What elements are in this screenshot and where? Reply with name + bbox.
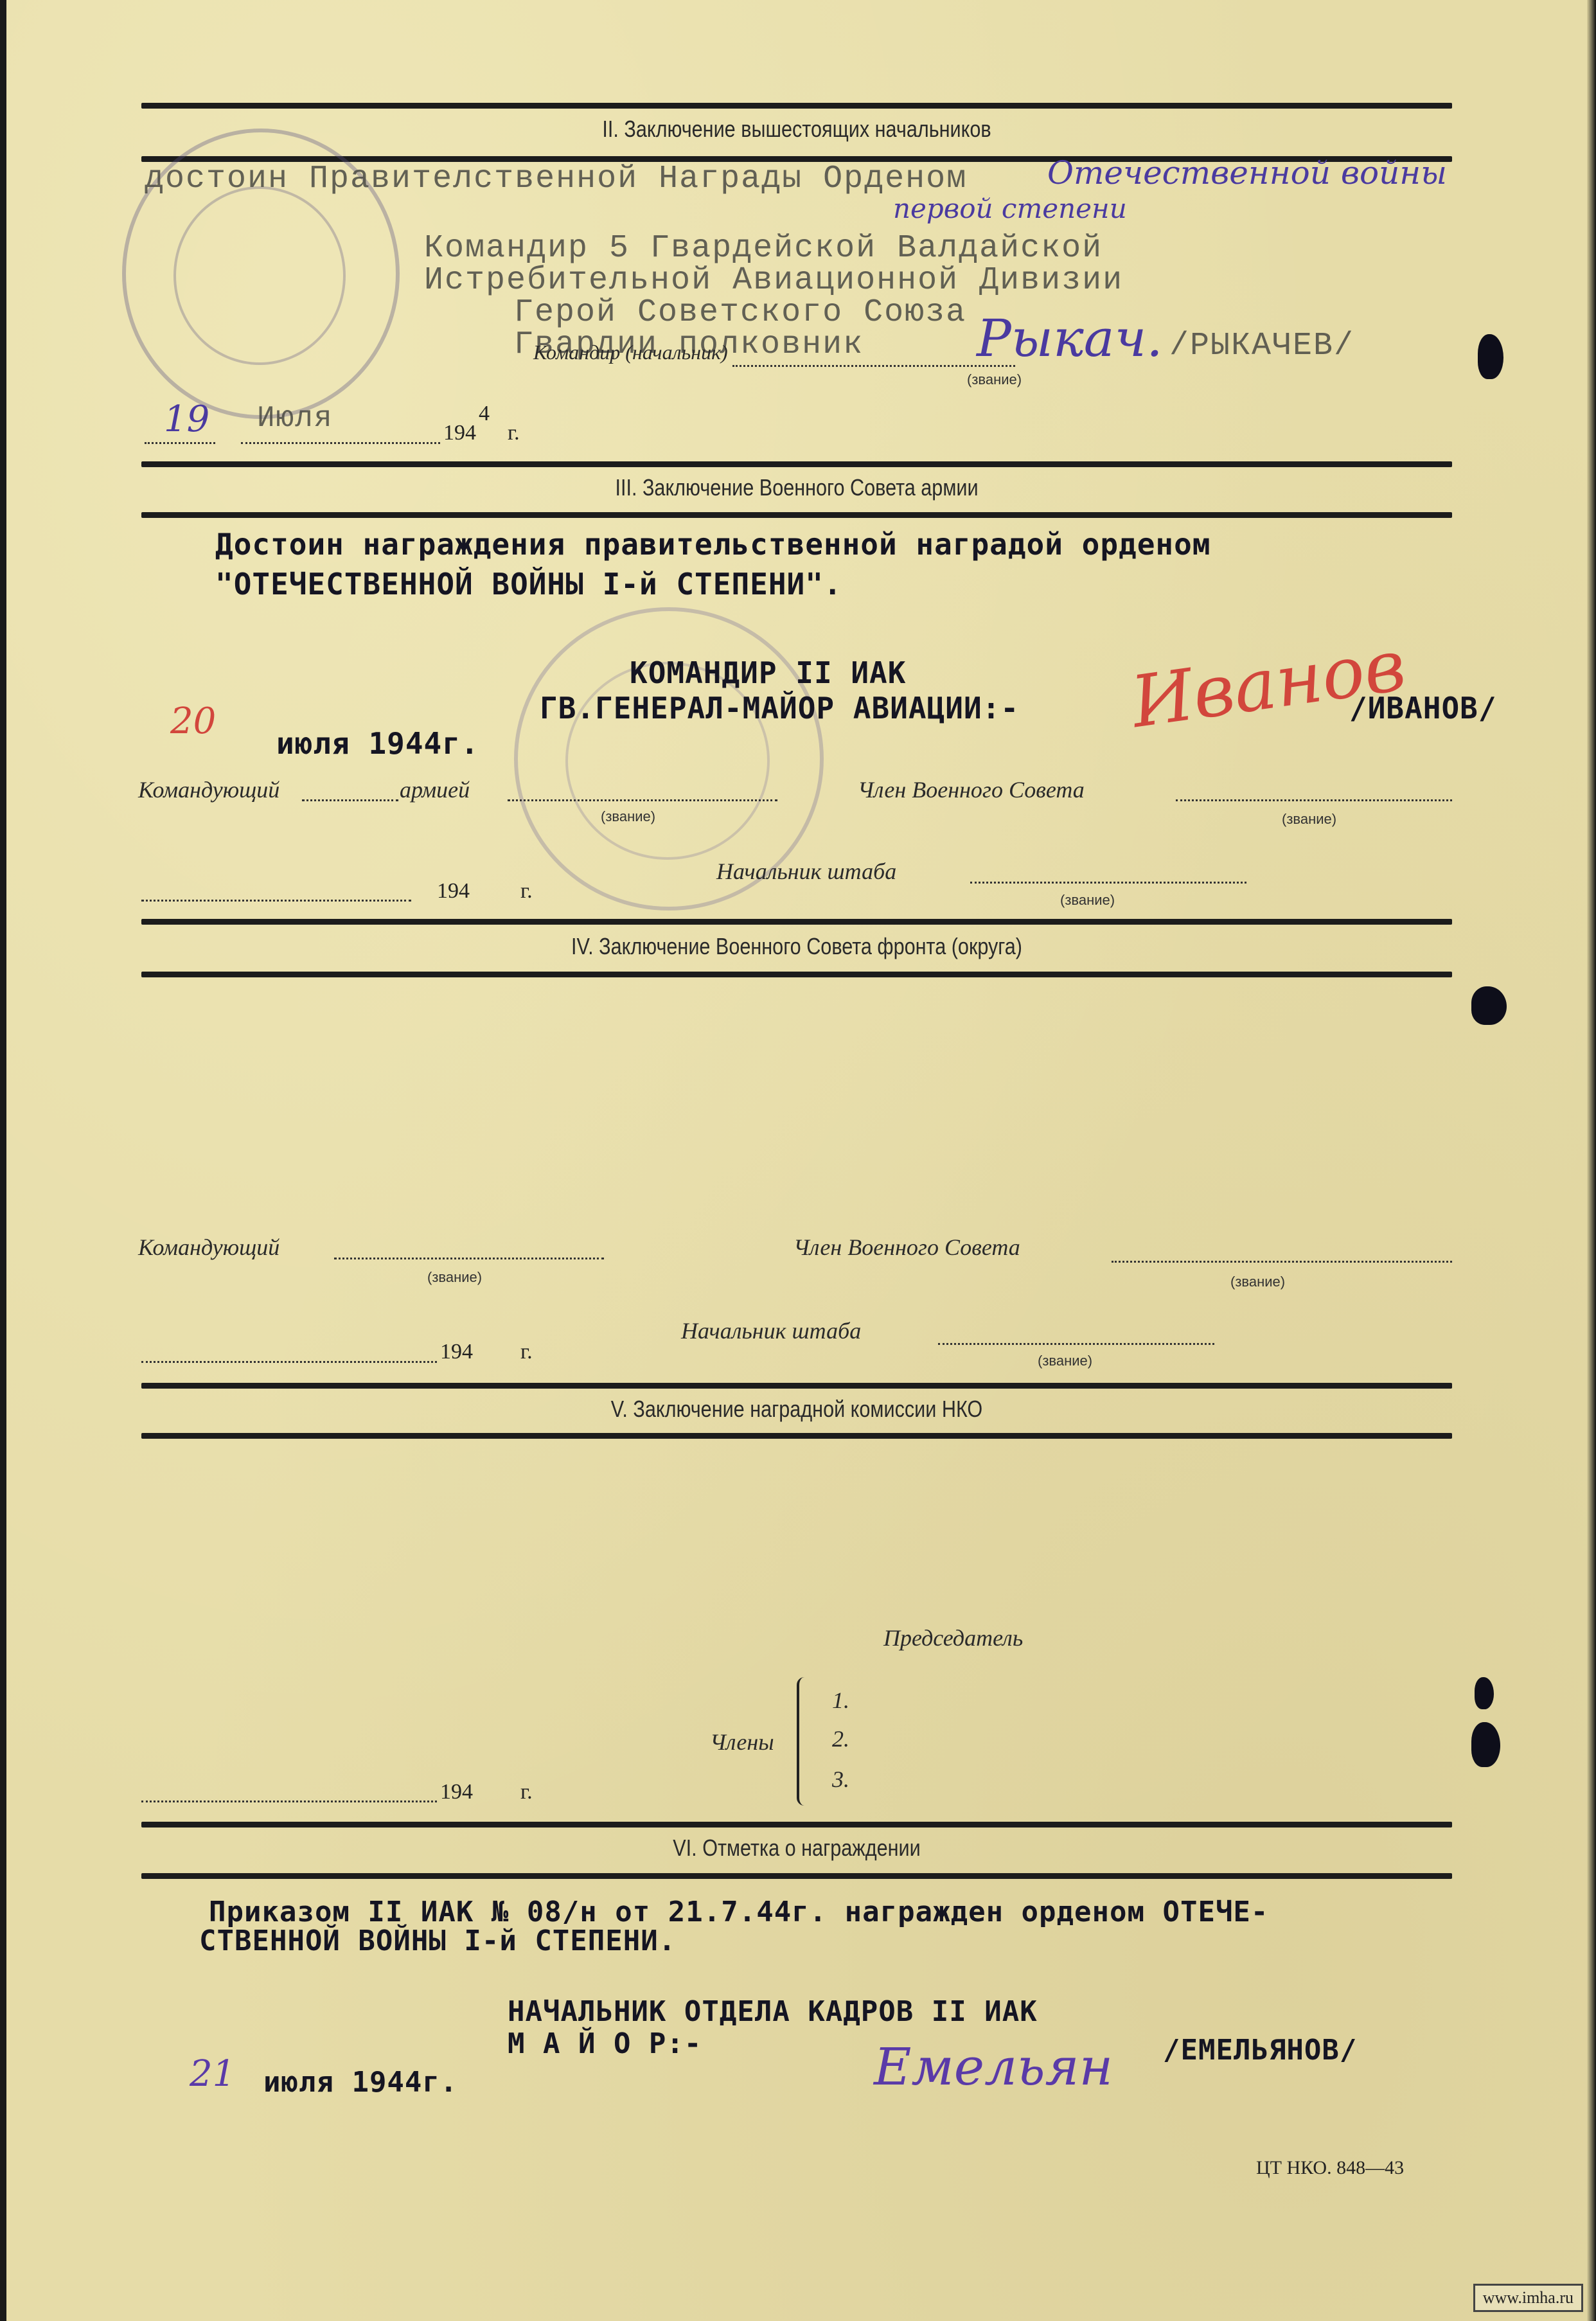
rank-line xyxy=(302,799,398,801)
section-rule xyxy=(141,1383,1452,1389)
blank-date-line xyxy=(141,900,411,902)
army-commander-label: Командующий xyxy=(138,776,279,803)
army-label: армией xyxy=(400,776,470,803)
section-rule xyxy=(141,919,1452,925)
blank-date-unit: г. xyxy=(520,1780,533,1804)
round-seal-emblem xyxy=(173,186,346,365)
punch-hole xyxy=(1475,1677,1494,1709)
blank-date-unit: г. xyxy=(520,1340,533,1364)
chief-of-staff-line xyxy=(970,882,1246,884)
date-month: Июля xyxy=(257,402,333,435)
rank-line xyxy=(334,1258,604,1259)
rank-label: (звание) xyxy=(427,1269,482,1286)
punch-hole xyxy=(1471,986,1507,1025)
blank-date-line xyxy=(141,1801,437,1802)
date-day: 20 xyxy=(170,700,216,742)
punch-hole xyxy=(1478,334,1503,379)
section-rule xyxy=(141,103,1452,109)
signer-name: /ИВАНОВ/ xyxy=(1349,691,1497,725)
date-rest: июля 1944г. xyxy=(263,2066,457,2099)
award-order-line1: Приказом II ИАК № 08/н от 21.7.44г. нагр… xyxy=(209,1896,1268,1928)
handwritten-award-name: Отечественной войны xyxy=(1047,154,1447,191)
chief-of-staff-label: Начальник штаба xyxy=(716,858,896,885)
council-member-line xyxy=(1176,799,1452,801)
council-rank-label: (звание) xyxy=(1282,811,1336,828)
commander-line: Командир 5 Гвардейской Валдайской xyxy=(424,230,1103,267)
officer-rank: М А Й О Р:- xyxy=(508,2027,702,2060)
council-member-label: Член Военного Совета xyxy=(794,1234,1020,1261)
section-rule xyxy=(141,1822,1452,1827)
signature-line xyxy=(732,365,1015,367)
section-rule xyxy=(141,1873,1452,1879)
date-day: 21 xyxy=(190,2053,235,2095)
chief-of-staff-line xyxy=(938,1343,1214,1345)
date-day: 19 xyxy=(164,398,209,440)
member-number: 2. xyxy=(832,1725,849,1752)
chairman-label: Председатель xyxy=(883,1624,1023,1651)
commander-title: КОМАНДИР II ИАК xyxy=(630,655,906,690)
section-vi-title: VI. Отметка о награждении xyxy=(240,1835,1354,1862)
members-brace xyxy=(797,1677,808,1806)
section-v-title: V. Заключение наградной комиссии НКО xyxy=(240,1396,1354,1423)
rank-label: (звание) xyxy=(601,808,655,825)
chief-rank-label: (звание) xyxy=(1038,1353,1092,1369)
punch-hole xyxy=(1471,1722,1500,1767)
section-iv-title: IV. Заключение Военного Совета фронта (о… xyxy=(240,933,1354,960)
blank-date-year: 194 xyxy=(437,879,470,903)
page-left-edge xyxy=(0,0,6,2321)
chief-of-staff-label: Начальник штаба xyxy=(681,1317,861,1344)
page-right-edge xyxy=(1587,0,1596,2321)
watermark-badge: www.imha.ru xyxy=(1473,2284,1583,2312)
section-rule xyxy=(141,461,1452,467)
blank-date-line xyxy=(141,1361,437,1363)
rank-label: (звание) xyxy=(967,371,1022,388)
front-commander-label: Командующий xyxy=(138,1234,279,1261)
signature-emelyanov: Емельян xyxy=(874,2037,1113,2097)
commander-rank: ГВ.ГЕНЕРАЛ-МАЙОР АВИАЦИИ:- xyxy=(540,691,1019,725)
award-order-line2: СТВЕННОЙ ВОЙНЫ I-й СТЕПЕНИ. xyxy=(199,1925,676,1957)
section-iii-title: III. Заключение Военного Совета армии xyxy=(240,474,1354,501)
signer-name: /ЕМЕЛЬЯНОВ/ xyxy=(1163,2034,1357,2067)
handwritten-award-degree: первой степени xyxy=(893,193,1127,224)
section-rule xyxy=(141,972,1452,977)
signature-label: Командир (начальник) xyxy=(533,341,728,364)
date-year-suffix: 4 xyxy=(479,402,490,426)
signature-ivanov: Иванов xyxy=(1126,624,1410,743)
council-member-label: Член Военного Совета xyxy=(858,776,1085,803)
officer-title: НАЧАЛЬНИК ОТДЕЛА КАДРОВ II ИАК xyxy=(508,1995,1038,2028)
section-rule xyxy=(141,512,1452,518)
date-day-line xyxy=(145,442,215,444)
section-iii-conclusion-line1: Достоин награждения правительственной на… xyxy=(215,527,1211,562)
date-year-prefix: 194 xyxy=(443,421,476,445)
member-number: 3. xyxy=(832,1766,849,1793)
commander-line: Герой Советского Союза xyxy=(514,294,966,331)
blank-date-year: 194 xyxy=(440,1780,473,1804)
date-rest: июля 1944г. xyxy=(276,726,479,761)
council-rank-label: (звание) xyxy=(1230,1274,1285,1290)
members-label: Члены xyxy=(710,1729,774,1756)
signer-name: /РЫКАЧЕВ/ xyxy=(1169,328,1354,364)
chief-rank-label: (звание) xyxy=(1060,892,1115,909)
section-ii-title: II. Заключение вышестоящих начальников xyxy=(240,116,1354,143)
blank-date-unit: г. xyxy=(520,879,533,903)
blank-date-year: 194 xyxy=(440,1340,473,1364)
section-rule xyxy=(141,1433,1452,1439)
section-ii-typed-line: достоин Правителственной Награды Орденом xyxy=(145,161,967,197)
form-code: ЦТ НКО. 848—43 xyxy=(1256,2157,1404,2179)
rank-line xyxy=(508,799,777,801)
section-iii-conclusion-line2: "ОТЕЧЕСТВЕННОЙ ВОЙНЫ I-й СТЕПЕНИ". xyxy=(215,567,842,601)
date-year-unit: г. xyxy=(508,421,520,445)
member-number: 1. xyxy=(832,1687,849,1714)
commander-line: Истребительной Авиационной Дивизии xyxy=(424,262,1123,299)
date-month-line xyxy=(241,442,440,444)
council-member-line xyxy=(1112,1261,1452,1263)
signature-rykachev: Рыкач. xyxy=(977,308,1163,368)
